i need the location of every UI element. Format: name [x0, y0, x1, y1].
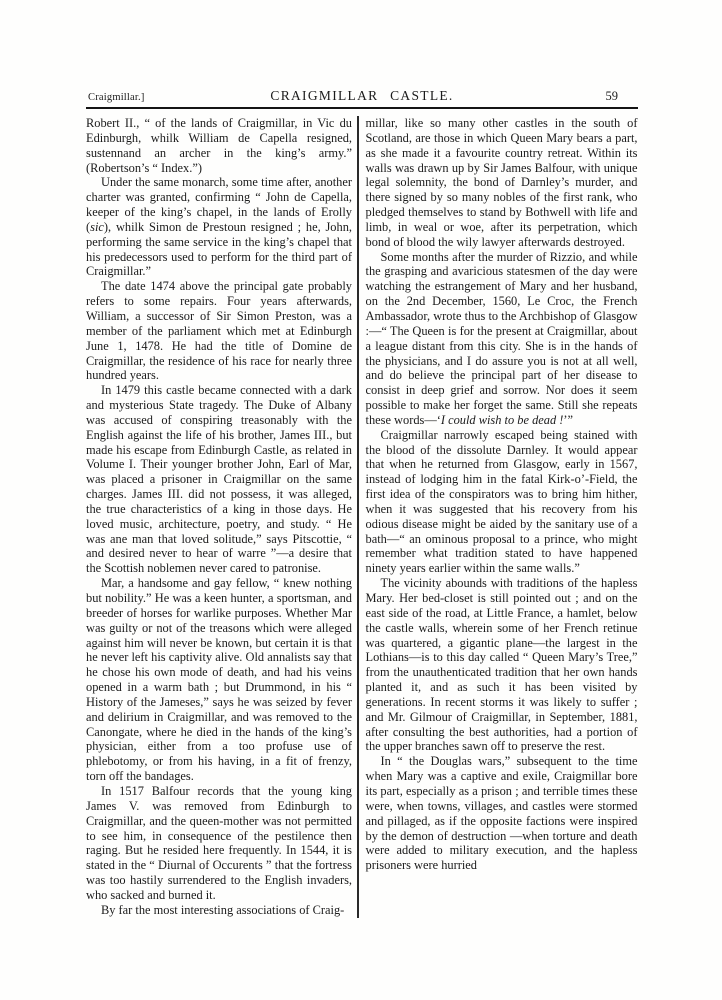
running-title: Craigmillar.]	[88, 92, 218, 103]
header-rule	[86, 107, 638, 109]
paragraph: millar, like so many other castles in th…	[366, 116, 638, 250]
paragraph: Under the same monarch, some time after,…	[86, 175, 352, 279]
text-columns: Robert II., “ of the lands of Craigmilla…	[86, 116, 638, 918]
paragraph: Mar, a handsome and gay fellow, “ knew n…	[86, 576, 352, 784]
paragraph: The vicinity abounds with traditions of …	[366, 576, 638, 754]
body-text: Craigmillar narrowly escaped being stain…	[366, 428, 638, 576]
book-page: Craigmillar.] CRAIGMILLAR CASTLE. 59 Rob…	[0, 0, 722, 1000]
right-column: millar, like so many other castles in th…	[366, 116, 638, 918]
page-number: 59	[506, 89, 636, 104]
body-text: Some months after the murder of Rizzio, …	[366, 250, 638, 427]
body-text: millar, like so many other castles in th…	[366, 116, 638, 249]
page-title: CRAIGMILLAR CASTLE.	[218, 88, 506, 104]
paragraph: In 1517 Balfour records that the young k…	[86, 784, 352, 903]
body-text: Mar, a handsome and gay fellow, “ knew n…	[86, 576, 352, 783]
italic-text: I could wish to be dead !	[441, 413, 564, 427]
body-text: ’”	[563, 413, 573, 427]
body-text: The vicinity abounds with traditions of …	[366, 576, 638, 753]
body-text: In 1517 Balfour records that the young k…	[86, 784, 352, 902]
body-text: In 1479 this castle became connected wit…	[86, 383, 352, 575]
italic-text: sic	[90, 220, 104, 234]
paragraph: In “ the Douglas wars,” subsequent to th…	[366, 754, 638, 873]
page-header: Craigmillar.] CRAIGMILLAR CASTLE. 59	[86, 88, 638, 104]
body-text: ), whilk Simon de Prestoun resigned ; he…	[86, 220, 352, 279]
body-text: The date 1474 above the principal gate p…	[86, 279, 352, 382]
column-divider	[357, 116, 359, 918]
paragraph: In 1479 this castle became connected wit…	[86, 383, 352, 576]
body-text: In “ the Douglas wars,” subsequent to th…	[366, 754, 638, 872]
page-content: Craigmillar.] CRAIGMILLAR CASTLE. 59 Rob…	[86, 88, 638, 918]
body-text: Robert II., “ of the lands of Craigmilla…	[86, 116, 352, 175]
paragraph: By far the most interesting associations…	[86, 903, 352, 918]
paragraph: Some months after the murder of Rizzio, …	[366, 250, 638, 428]
paragraph: Craigmillar narrowly escaped being stain…	[366, 428, 638, 576]
body-text: By far the most interesting associations…	[101, 903, 344, 917]
left-column: Robert II., “ of the lands of Craigmilla…	[86, 116, 352, 918]
paragraph: The date 1474 above the principal gate p…	[86, 279, 352, 383]
paragraph: Robert II., “ of the lands of Craigmilla…	[86, 116, 352, 175]
